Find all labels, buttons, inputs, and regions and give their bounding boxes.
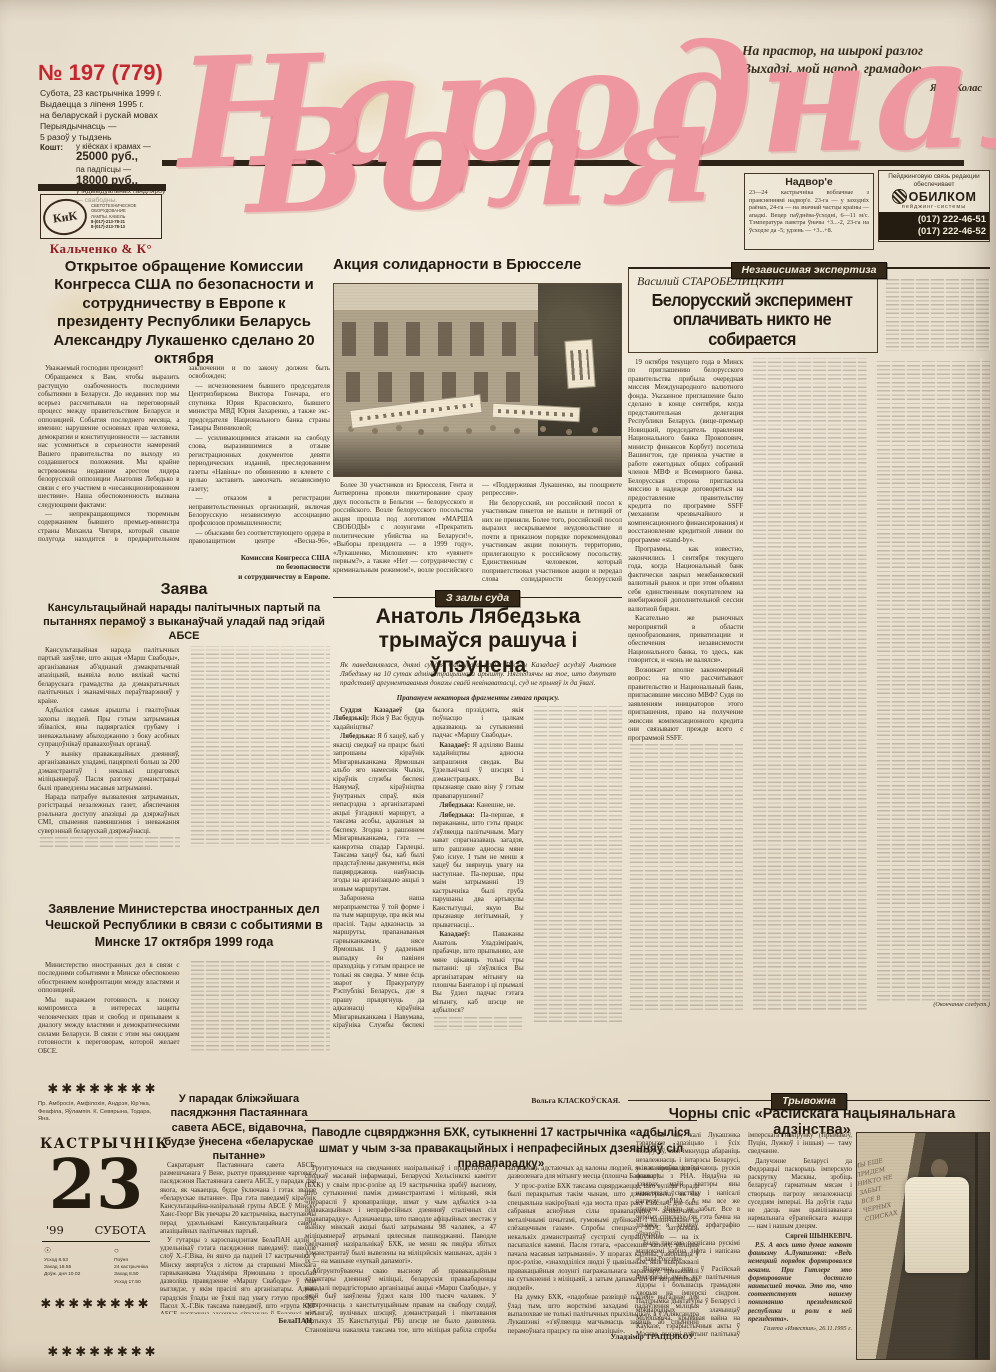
pager-phones: (017) 222-46-51 (017) 222-46-52 [879,212,989,240]
illegible-text-block [189,961,331,1051]
section-tab-expertise: Независимая экспертиза [731,262,888,279]
masthead-word-2: Воля [244,80,727,235]
pager-logo-icon [892,189,907,204]
court-note: Прапануем некаторыя фрагменты гэтага пра… [333,694,623,702]
section-tab-court: З залы суда [435,590,520,607]
pager-brand: ОБИЛКОМ [909,190,977,204]
pager-sub: пейджинг-системы [879,204,989,210]
advertiser-info: СВЕТОТЕХНИЧЕСКОЕ ОБОРУДОВАНИЕ ЛАМПЫ. КАБ… [91,203,136,219]
calendar-day: 23 [40,1154,152,1217]
advertiser-name: Кальченко & К° [34,241,168,257]
advertiser-logo-icon: КиК [41,196,90,238]
calendar-year: '99 [46,1223,64,1237]
osce-note-body: Сакратарыят Пастаяннага савета АБСЕ, раз… [160,1162,316,1314]
calendar-moon-column: ○ Поўня24 кастрычнікаЗахад 8.50Усход 17.… [114,1245,148,1286]
czech-paragraphs: Министерство иностранных дел в связи с п… [38,961,180,1055]
zaiava-body: Кансультацыйная нарада палітычных партый… [38,646,330,896]
section-tab-alarm: Трывожна [771,1093,847,1110]
osce-note-headline: У парадак бліжэйшага пасяджэння Пастаянн… [162,1092,316,1163]
brussels-headline: Акция солидарности в Брюсселе [333,256,623,273]
congress-appeal-headline: Открытое обращение Комиссии Конгресса СШ… [38,258,330,369]
tear-off-calendar: КАСТРЫЧНІК 23 '99 СУБОТА ☉ Усход 8.53Зах… [40,1136,152,1312]
court-qa-paragraphs: Суддзя Казадаеў (да Лябедзькі): Якія ў В… [333,706,524,1030]
photo-grain-overlay [857,1133,989,1359]
pager-phone-2: (017) 222-46-52 [882,226,986,238]
issue-number: № 197 (779) [38,60,163,86]
periodicity: Перыядычнасць — 5 разоў у тыдзень [40,121,116,142]
brussels-caption: Более 30 участников из Брюсселя, Гента и… [333,481,622,587]
czech-statement-headline: Заявление Министерства иностранных дел Ч… [38,901,330,950]
calendar-weekday: СУБОТА [95,1223,146,1237]
expert-paragraphs: 19 октября текущего года в Минск по приг… [628,358,743,742]
pager-phone-1: (017) 222-46-51 [882,214,986,226]
zaiava-subtitle: Кансультацыйнай нарады палітычных партый… [38,602,330,644]
court-lede: Як паведамлялася, днямі суддзя Савецкага… [340,661,616,688]
congress-appeal-body: Уважаемый господин президент!Обращаемся … [38,364,330,550]
brussels-photo [333,283,622,477]
divider-bar [38,184,166,191]
price-label: Кошт: [40,143,63,152]
weather-text: 23—24 кастрычніка воблачнае з праяснення… [749,189,869,234]
sun-icon: ☉ [44,1246,51,1255]
date-line: Субота, 23 кастрычніка 1999 г. [40,88,162,98]
moon-icon: ○ [114,1246,119,1255]
saints-day-text: Пр. Амбросія, Амфілохія, Андрэя, Кір'яка… [38,1101,164,1124]
moon-times: Поўня24 кастрычнікаЗахад 8.50Усход 17.50 [114,1257,148,1286]
expert-headline: Белорусский эксперимент оплачивать никто… [639,291,864,349]
court-interview-body: Суддзя Казадаеў (да Лябедзькі): Якія ў В… [333,706,623,1093]
published-since: Выдаецца з ліпеня 1995 г. на беларускай … [40,99,158,120]
advertiser-phones: 8-(017)-213-78-21 8-(017)-213-78-13 [91,219,136,230]
calendar-divider [42,1241,150,1242]
osce-note-signature: БелаПАН. [214,1316,314,1325]
calendar-sun-column: ☉ Усход 8.53Захад 18.55Доўж. дня 10.02 [44,1245,80,1286]
newspaper-front-page: № 197 (779) Субота, 23 кастрычніка 1999 … [0,0,996,1372]
ornament-row: ✱✱✱✱✱✱✱✱ [38,1344,168,1360]
court-signature: Вольга КЛАСКОЎСКАЯ. [498,1096,620,1105]
zaiava-paragraphs: Кансультацыйная нарада палітычных партый… [38,646,180,835]
photo-grain-overlay [334,284,621,476]
alarm-body: У той час, калі Лукашэнка тэрарызуе апаз… [636,1132,852,1370]
illegible-text-block [884,279,990,351]
expert-ending-note: (Окончание следует.) [875,1001,990,1009]
ornament-row: ✱✱✱✱✱✱✱✱ [38,1081,168,1097]
ornament-row: ✱✱✱✱✱✱✱✱ [40,1296,152,1312]
czech-statement-body: Министерство иностранных дел в связи с п… [38,961,330,1075]
congress-appeal-signature: Комиссия Конгресса США по безопасности и… [146,553,330,581]
advertiser-box: КиК СВЕТОТЕХНИЧЕСКОЕ ОБОРУДОВАНИЕ ЛАМПЫ.… [40,194,162,239]
alarm-photo: МЫ ЕЩЕПРИДЕМНИКТО НЕЗАБЫТВСЕ ВЧЕРНЫХСПИС… [856,1132,990,1360]
price-kiosk-value: 25000 руб., [76,151,138,163]
expert-article-body: 19 октября текущего года в Минск по приг… [628,358,990,1082]
sun-times: Усход 8.53Захад 18.55Доўж. дня 10.02 [44,1257,80,1279]
zaiava-title: Заява [38,581,330,599]
